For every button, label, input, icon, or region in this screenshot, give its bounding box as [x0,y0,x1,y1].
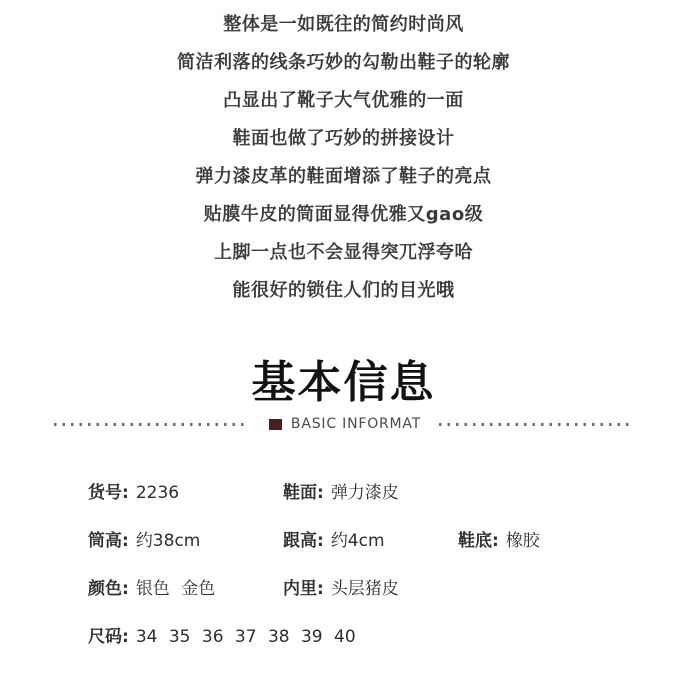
description-line: 上脚一点也不会显得突兀浮夸哈 [0,234,687,272]
spec-row-heights: 筒高:约38cm 跟高:约4cm 鞋底:橡胶 [0,514,687,562]
section-header: 基本信息 BASIC INFORMAT [0,358,687,432]
product-detail-page: 整体是一如既往的简约时尚风 简洁利落的线条巧妙的勾勒出鞋子的轮廓 凸显出了靴子大… [0,0,687,687]
spec-label: 尺码: [88,627,129,647]
specs-table: 货号:2236 鞋面:弹力漆皮 筒高:约38cm 跟高:约4cm 鞋底:橡胶 颜… [0,466,687,658]
spec-label: 内里: [283,579,324,599]
section-subtitle: BASIC INFORMAT [291,416,421,432]
spec-row-sizes: 尺码:34 35 36 37 38 39 40 [0,610,687,658]
spec-value: 弹力漆皮 [331,483,399,503]
subtitle-marker-square [269,419,282,430]
spec-value: 约4cm [331,531,385,551]
description-line: 凸显出了靴子大气优雅的一面 [0,82,687,120]
spec-value: 头层猪皮 [331,579,399,599]
spec-row-item-number: 货号:2236 鞋面:弹力漆皮 [0,466,687,514]
spec-value: 橡胶 [506,531,540,551]
description-line: 弹力漆皮革的鞋面增添了鞋子的亮点 [0,158,687,196]
spec-cell: 颜色:银色 金色 [88,574,283,599]
spec-value: 2236 [136,483,179,503]
spec-label: 颜色: [88,579,129,599]
section-title: 基本信息 [0,358,687,408]
description-line: 简洁利落的线条巧妙的勾勒出鞋子的轮廓 [0,44,687,82]
spec-value: 约38cm [136,531,201,551]
spec-label: 货号: [88,483,129,503]
spec-label: 筒高: [88,531,129,551]
spec-cell: 尺码:34 35 36 37 38 39 40 [88,622,283,647]
spec-cell: 货号:2236 [88,478,283,503]
spec-cell: 鞋底:橡胶 [458,526,687,551]
spec-label: 鞋底: [458,531,499,551]
product-description: 整体是一如既往的简约时尚风 简洁利落的线条巧妙的勾勒出鞋子的轮廓 凸显出了靴子大… [0,0,687,310]
spec-label: 鞋面: [283,483,324,503]
section-subtitle-row: BASIC INFORMAT [0,416,687,432]
spec-cell: 鞋面:弹力漆皮 [283,478,458,503]
description-line: 鞋面也做了巧妙的拼接设计 [0,120,687,158]
spec-value: 银色 金色 [136,579,215,599]
spec-cell: 筒高:约38cm [88,526,283,551]
description-line: 整体是一如既往的简约时尚风 [0,6,687,44]
spec-cell: 跟高:约4cm [283,526,458,551]
spec-value: 34 35 36 37 38 39 40 [136,627,356,647]
description-line: 贴膜牛皮的筒面显得优雅又gao级 [0,196,687,234]
dotted-divider-left [54,423,247,426]
spec-cell: 内里:头层猪皮 [283,574,458,599]
spec-row-color-lining: 颜色:银色 金色 内里:头层猪皮 [0,562,687,610]
description-line: 能很好的锁住人们的目光哦 [0,272,687,310]
spec-label: 跟高: [283,531,324,551]
dotted-divider-right [439,423,633,426]
